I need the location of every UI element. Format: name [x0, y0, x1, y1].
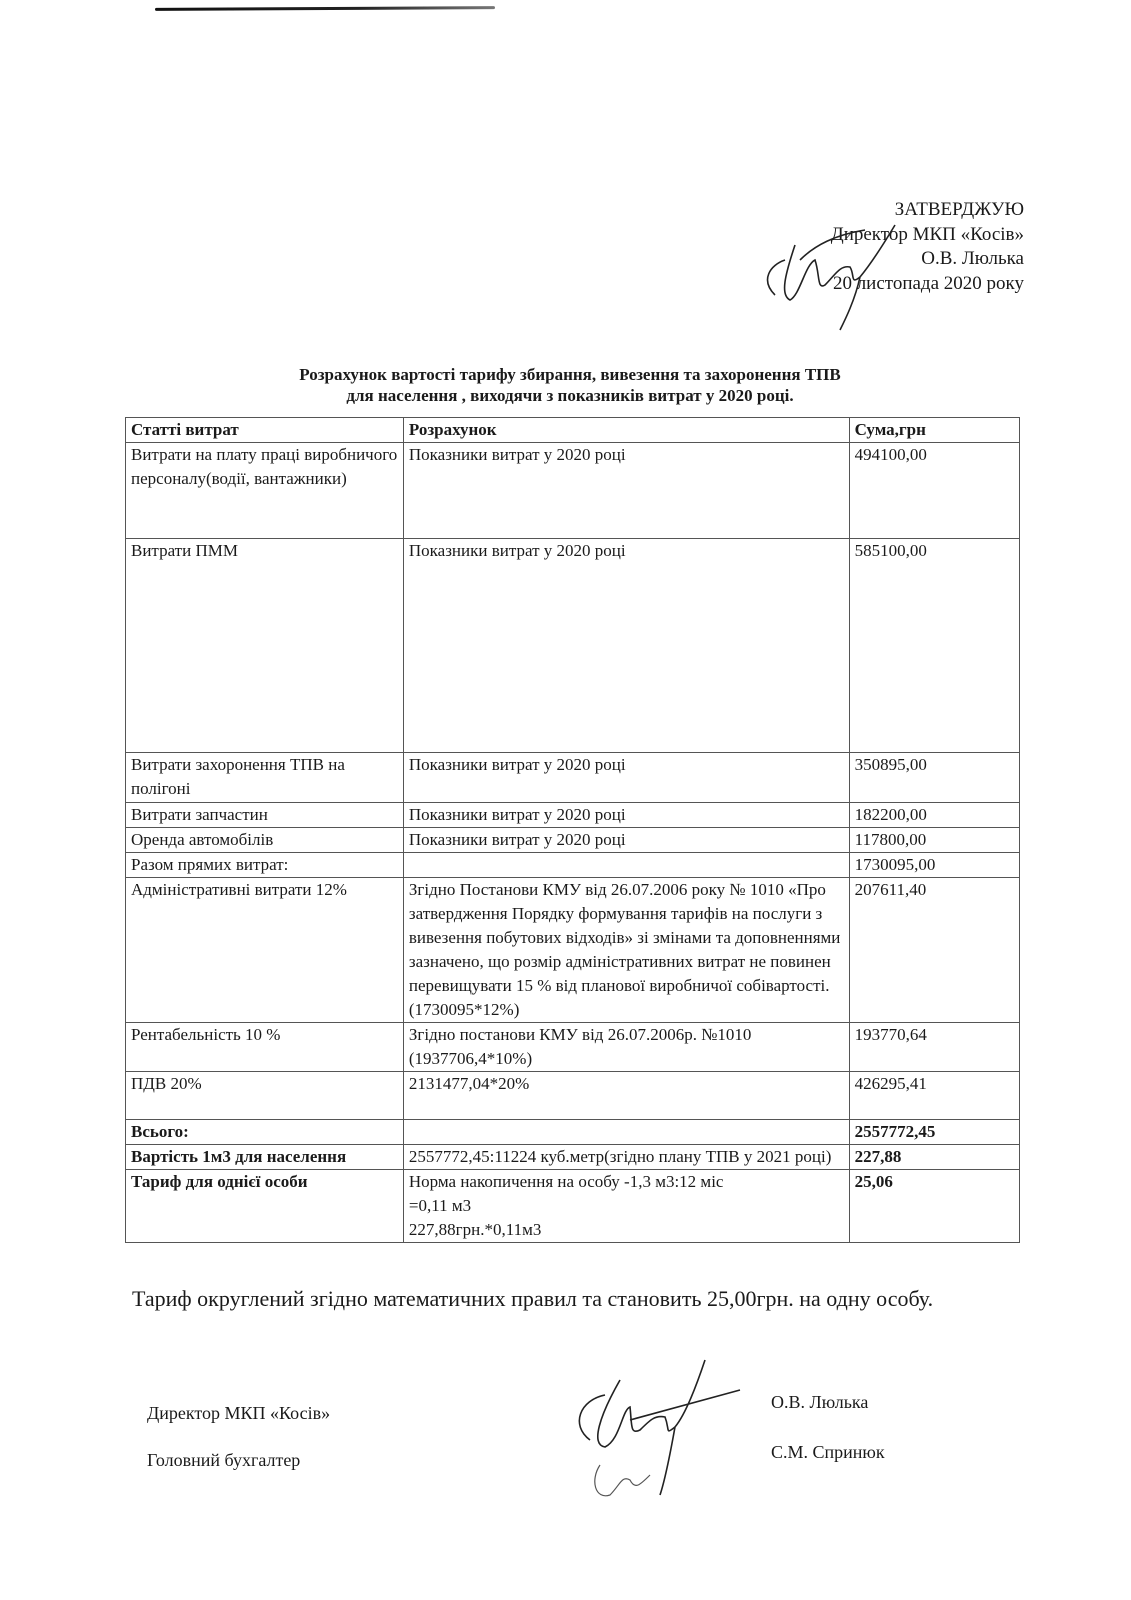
document-title: Розрахунок вартості тарифу збирання, вив… — [120, 364, 1020, 406]
table-row-subtotal: Разом прямих витрат: 1730095,00 — [126, 853, 1020, 878]
row-calc: 2557772,45:11224 куб.метр(згідно плану Т… — [403, 1145, 849, 1170]
row-calc: Показники витрат у 2020 році — [403, 753, 849, 803]
row-sum: 227,88 — [849, 1145, 1019, 1170]
scan-line-artifact — [155, 6, 495, 11]
title-line-2: для населення , виходячи з показників ви… — [120, 385, 1020, 406]
row-item: Витрати ПММ — [126, 539, 404, 753]
row-item: Всього: — [126, 1120, 404, 1145]
table-row: Витрати запчастин Показники витрат у 202… — [126, 803, 1020, 828]
row-item: Вартість 1м3 для населення — [126, 1145, 404, 1170]
row-sum: 426295,41 — [849, 1072, 1019, 1120]
row-item: Витрати захоронення ТПВ на полігоні — [126, 753, 404, 803]
row-calc: Норма накопичення на особу -1,3 м3:12 мі… — [403, 1170, 849, 1243]
table-header-row: Статті витрат Розрахунок Сума,грн — [126, 418, 1020, 443]
row-item: Витрати запчастин — [126, 803, 404, 828]
row-item: Разом прямих витрат: — [126, 853, 404, 878]
table-row: Оренда автомобілів Показники витрат у 20… — [126, 828, 1020, 853]
header-items: Статті витрат — [126, 418, 404, 443]
table-row: Витрати захоронення ТПВ на полігоні Пока… — [126, 753, 1020, 803]
approval-name: О.В. Люлька — [831, 247, 1024, 272]
row-calc: Показники витрат у 2020 році — [403, 539, 849, 753]
approval-heading: ЗАТВЕРДЖУЮ — [831, 198, 1024, 223]
row-calc: Показники витрат у 2020 році — [403, 828, 849, 853]
row-calc — [403, 853, 849, 878]
row-calc: 2131477,04*20% — [403, 1072, 849, 1120]
table-row: Витрати ПММ Показники витрат у 2020 році… — [126, 539, 1020, 753]
row-sum: 117800,00 — [849, 828, 1019, 853]
header-calculation: Розрахунок — [403, 418, 849, 443]
row-sum: 1730095,00 — [849, 853, 1019, 878]
calc-line: =0,11 м3 — [409, 1194, 844, 1218]
row-sum: 207611,40 — [849, 878, 1019, 1023]
row-sum: 350895,00 — [849, 753, 1019, 803]
header-sum: Сума,грн — [849, 418, 1019, 443]
table-row: Тариф для однієї особи Норма накопичення… — [126, 1170, 1020, 1243]
table-row: Витрати на плату праці виробничого персо… — [126, 443, 1020, 539]
row-sum: 25,06 — [849, 1170, 1019, 1243]
row-item: Тариф для однієї особи — [126, 1170, 404, 1243]
director-signature-icon — [560, 1355, 750, 1505]
table-row: ПДВ 20% 2131477,04*20% 426295,41 — [126, 1072, 1020, 1120]
row-item: Оренда автомобілів — [126, 828, 404, 853]
director-label: Директор МКП «Косів» — [147, 1403, 330, 1424]
calc-line: Норма накопичення на особу -1,3 м3:12 мі… — [409, 1170, 844, 1194]
row-calc — [403, 1120, 849, 1145]
row-sum: 494100,00 — [849, 443, 1019, 539]
row-calc: Показники витрат у 2020 році — [403, 443, 849, 539]
approval-position: Директор МКП «Косів» — [831, 223, 1024, 248]
accountant-label: Головний бухгалтер — [147, 1450, 300, 1471]
row-sum: 585100,00 — [849, 539, 1019, 753]
row-item: ПДВ 20% — [126, 1072, 404, 1120]
row-calc: Згідно постанови КМУ від 26.07.2006р. №1… — [403, 1023, 849, 1072]
director-name: О.В. Люлька — [771, 1392, 868, 1413]
calc-line: 227,88грн.*0,11м3 — [409, 1218, 844, 1242]
row-sum: 193770,64 — [849, 1023, 1019, 1072]
row-sum: 2557772,45 — [849, 1120, 1019, 1145]
row-item: Адміністративні витрати 12% — [126, 878, 404, 1023]
approval-block: ЗАТВЕРДЖУЮ Директор МКП «Косів» О.В. Люл… — [831, 198, 1024, 296]
tariff-calculation-table: Статті витрат Розрахунок Сума,грн Витрат… — [125, 417, 1020, 1243]
row-calc: Показники витрат у 2020 році — [403, 803, 849, 828]
table-row: Рентабельність 10 % Згідно постанови КМУ… — [126, 1023, 1020, 1072]
row-item: Витрати на плату праці виробничого персо… — [126, 443, 404, 539]
accountant-name: С.М. Спринюк — [771, 1442, 885, 1463]
title-line-1: Розрахунок вартості тарифу збирання, вив… — [120, 364, 1020, 385]
table-row: Вартість 1м3 для населення 2557772,45:11… — [126, 1145, 1020, 1170]
row-sum: 182200,00 — [849, 803, 1019, 828]
row-item: Рентабельність 10 % — [126, 1023, 404, 1072]
row-calc: Згідно Постанови КМУ від 26.07.2006 року… — [403, 878, 849, 1023]
approval-date: 20 листопада 2020 року — [831, 272, 1024, 297]
table-row-total: Всього: 2557772,45 — [126, 1120, 1020, 1145]
table-row: Адміністративні витрати 12% Згідно Поста… — [126, 878, 1020, 1023]
rounding-note: Тариф округлений згідно математичних пра… — [132, 1283, 1032, 1315]
